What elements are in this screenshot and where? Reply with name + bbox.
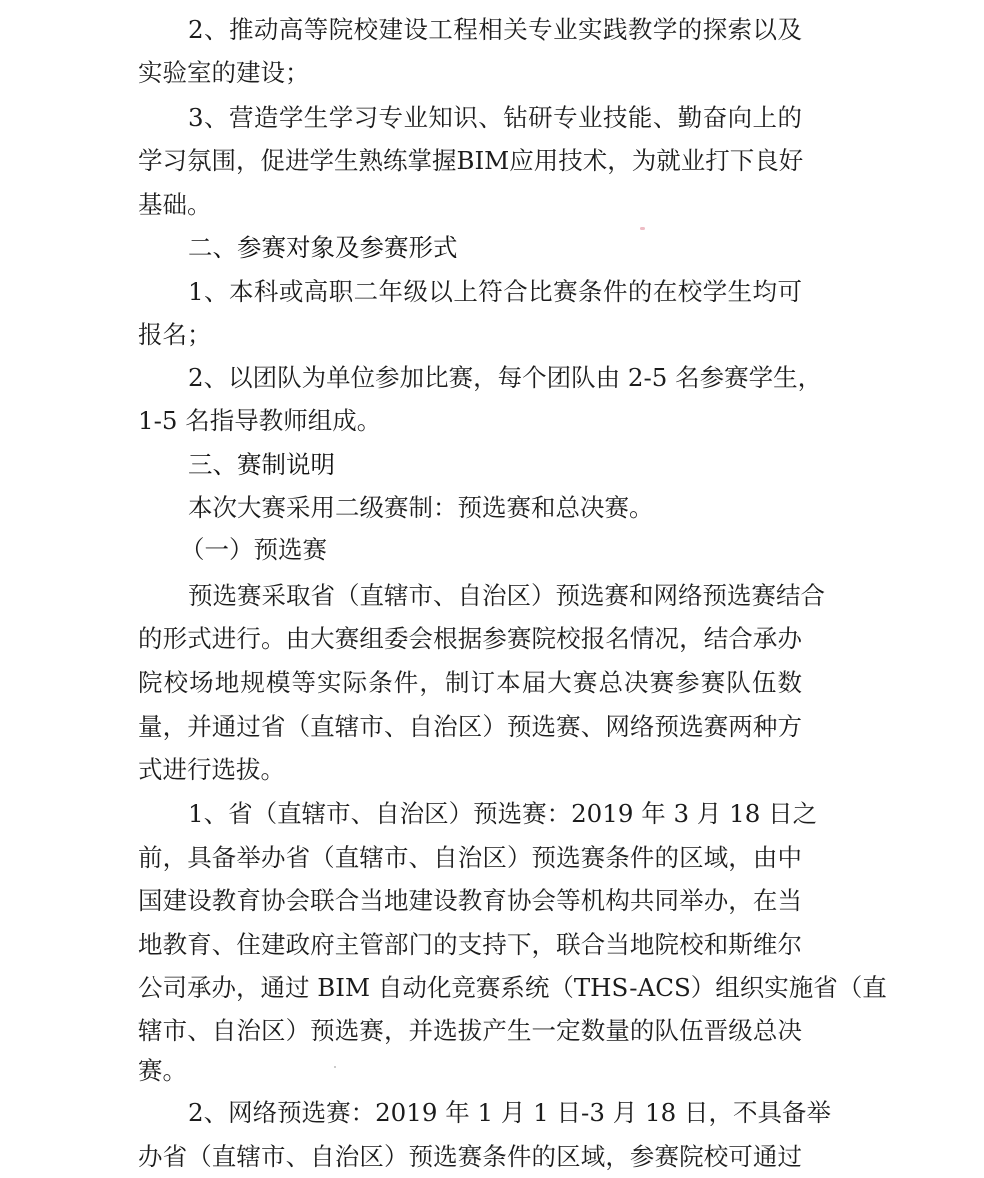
paragraph-line-provincial-4: 地教育、住建政府主管部门的支持下，联合当地院校和斯维尔 [138,929,802,961]
paragraph-line-eligibility-cont: 报名； [138,319,802,351]
paragraph-line-eligibility: 1、本科或高职二年级以上符合比赛条件的在校学生均可 [188,276,802,308]
paragraph-line-goal-2-cont: 实验室的建设； [138,57,802,89]
scan-speck [334,1066,336,1068]
paragraph-line-online-1: 2、网络预选赛：2019 年 1 月 1 日-3 月 18 日，不具备举 [188,1097,802,1129]
paragraph-line-provincial-3: 国建设教育协会联合当地建设教育协会等机构共同举办，在当 [138,885,802,917]
paragraph-line-preliminary-3: 院校场地规模等实际条件，制订本届大赛总决赛参赛队伍数 [138,667,802,699]
paragraph-line-provincial-6: 辖市、自治区）预选赛，并选拔产生一定数量的队伍晋级总决 [138,1015,802,1047]
paragraph-line-preliminary-5: 式进行选拔。 [138,754,802,786]
paragraph-line-provincial-5: 公司承办，通过 BIM 自动化竞赛系统（THS-ACS）组织实施省（直 [138,972,802,1004]
scan-artifact [640,227,645,230]
paragraph-line-provincial-2: 前，具备举办省（直辖市、自治区）预选赛条件的区域，由中 [138,842,802,874]
section-heading-format: 三、赛制说明 [188,449,802,481]
paragraph-line-team-cont: 1-5 名指导教师组成。 [138,405,802,437]
paragraph-line-goal-3: 3、营造学生学习专业知识、钻研专业技能、勤奋向上的 [188,102,802,134]
paragraph-line-preliminary-2: 的形式进行。由大赛组委会根据参赛院校报名情况，结合承办 [138,623,802,655]
paragraph-line-preliminary-4: 量，并通过省（直辖市、自治区）预选赛、网络预选赛两种方 [138,711,802,743]
paragraph-line-goal-3-end: 基础。 [138,189,802,221]
paragraph-line-team: 2、以团队为单位参加比赛，每个团队由 2-5 名参赛学生， [188,362,802,394]
paragraph-line-goal-3-cont: 学习氛围，促进学生熟练掌握BIM应用技术，为就业打下良好 [138,145,802,177]
document-page: 2、推动高等院校建设工程相关专业实践教学的探索以及 实验室的建设； 3、营造学生… [0,0,984,1178]
paragraph-line-provincial-7: 赛。 [138,1055,802,1087]
subsection-heading-preliminary: （一）预选赛 [180,534,794,566]
paragraph-line-online-2: 办省（直辖市、自治区）预选赛条件的区域，参赛院校可通过 [138,1141,802,1173]
paragraph-line-format-intro: 本次大赛采用二级赛制：预选赛和总决赛。 [188,492,802,524]
paragraph-line-provincial-1: 1、省（直辖市、自治区）预选赛：2019 年 3 月 18 日之 [188,798,802,830]
paragraph-line-goal-2: 2、推动高等院校建设工程相关专业实践教学的探索以及 [188,14,802,46]
paragraph-line-preliminary-1: 预选赛采取省（直辖市、自治区）预选赛和网络预选赛结合 [188,580,802,612]
section-heading-participants: 二、参赛对象及参赛形式 [188,232,802,264]
